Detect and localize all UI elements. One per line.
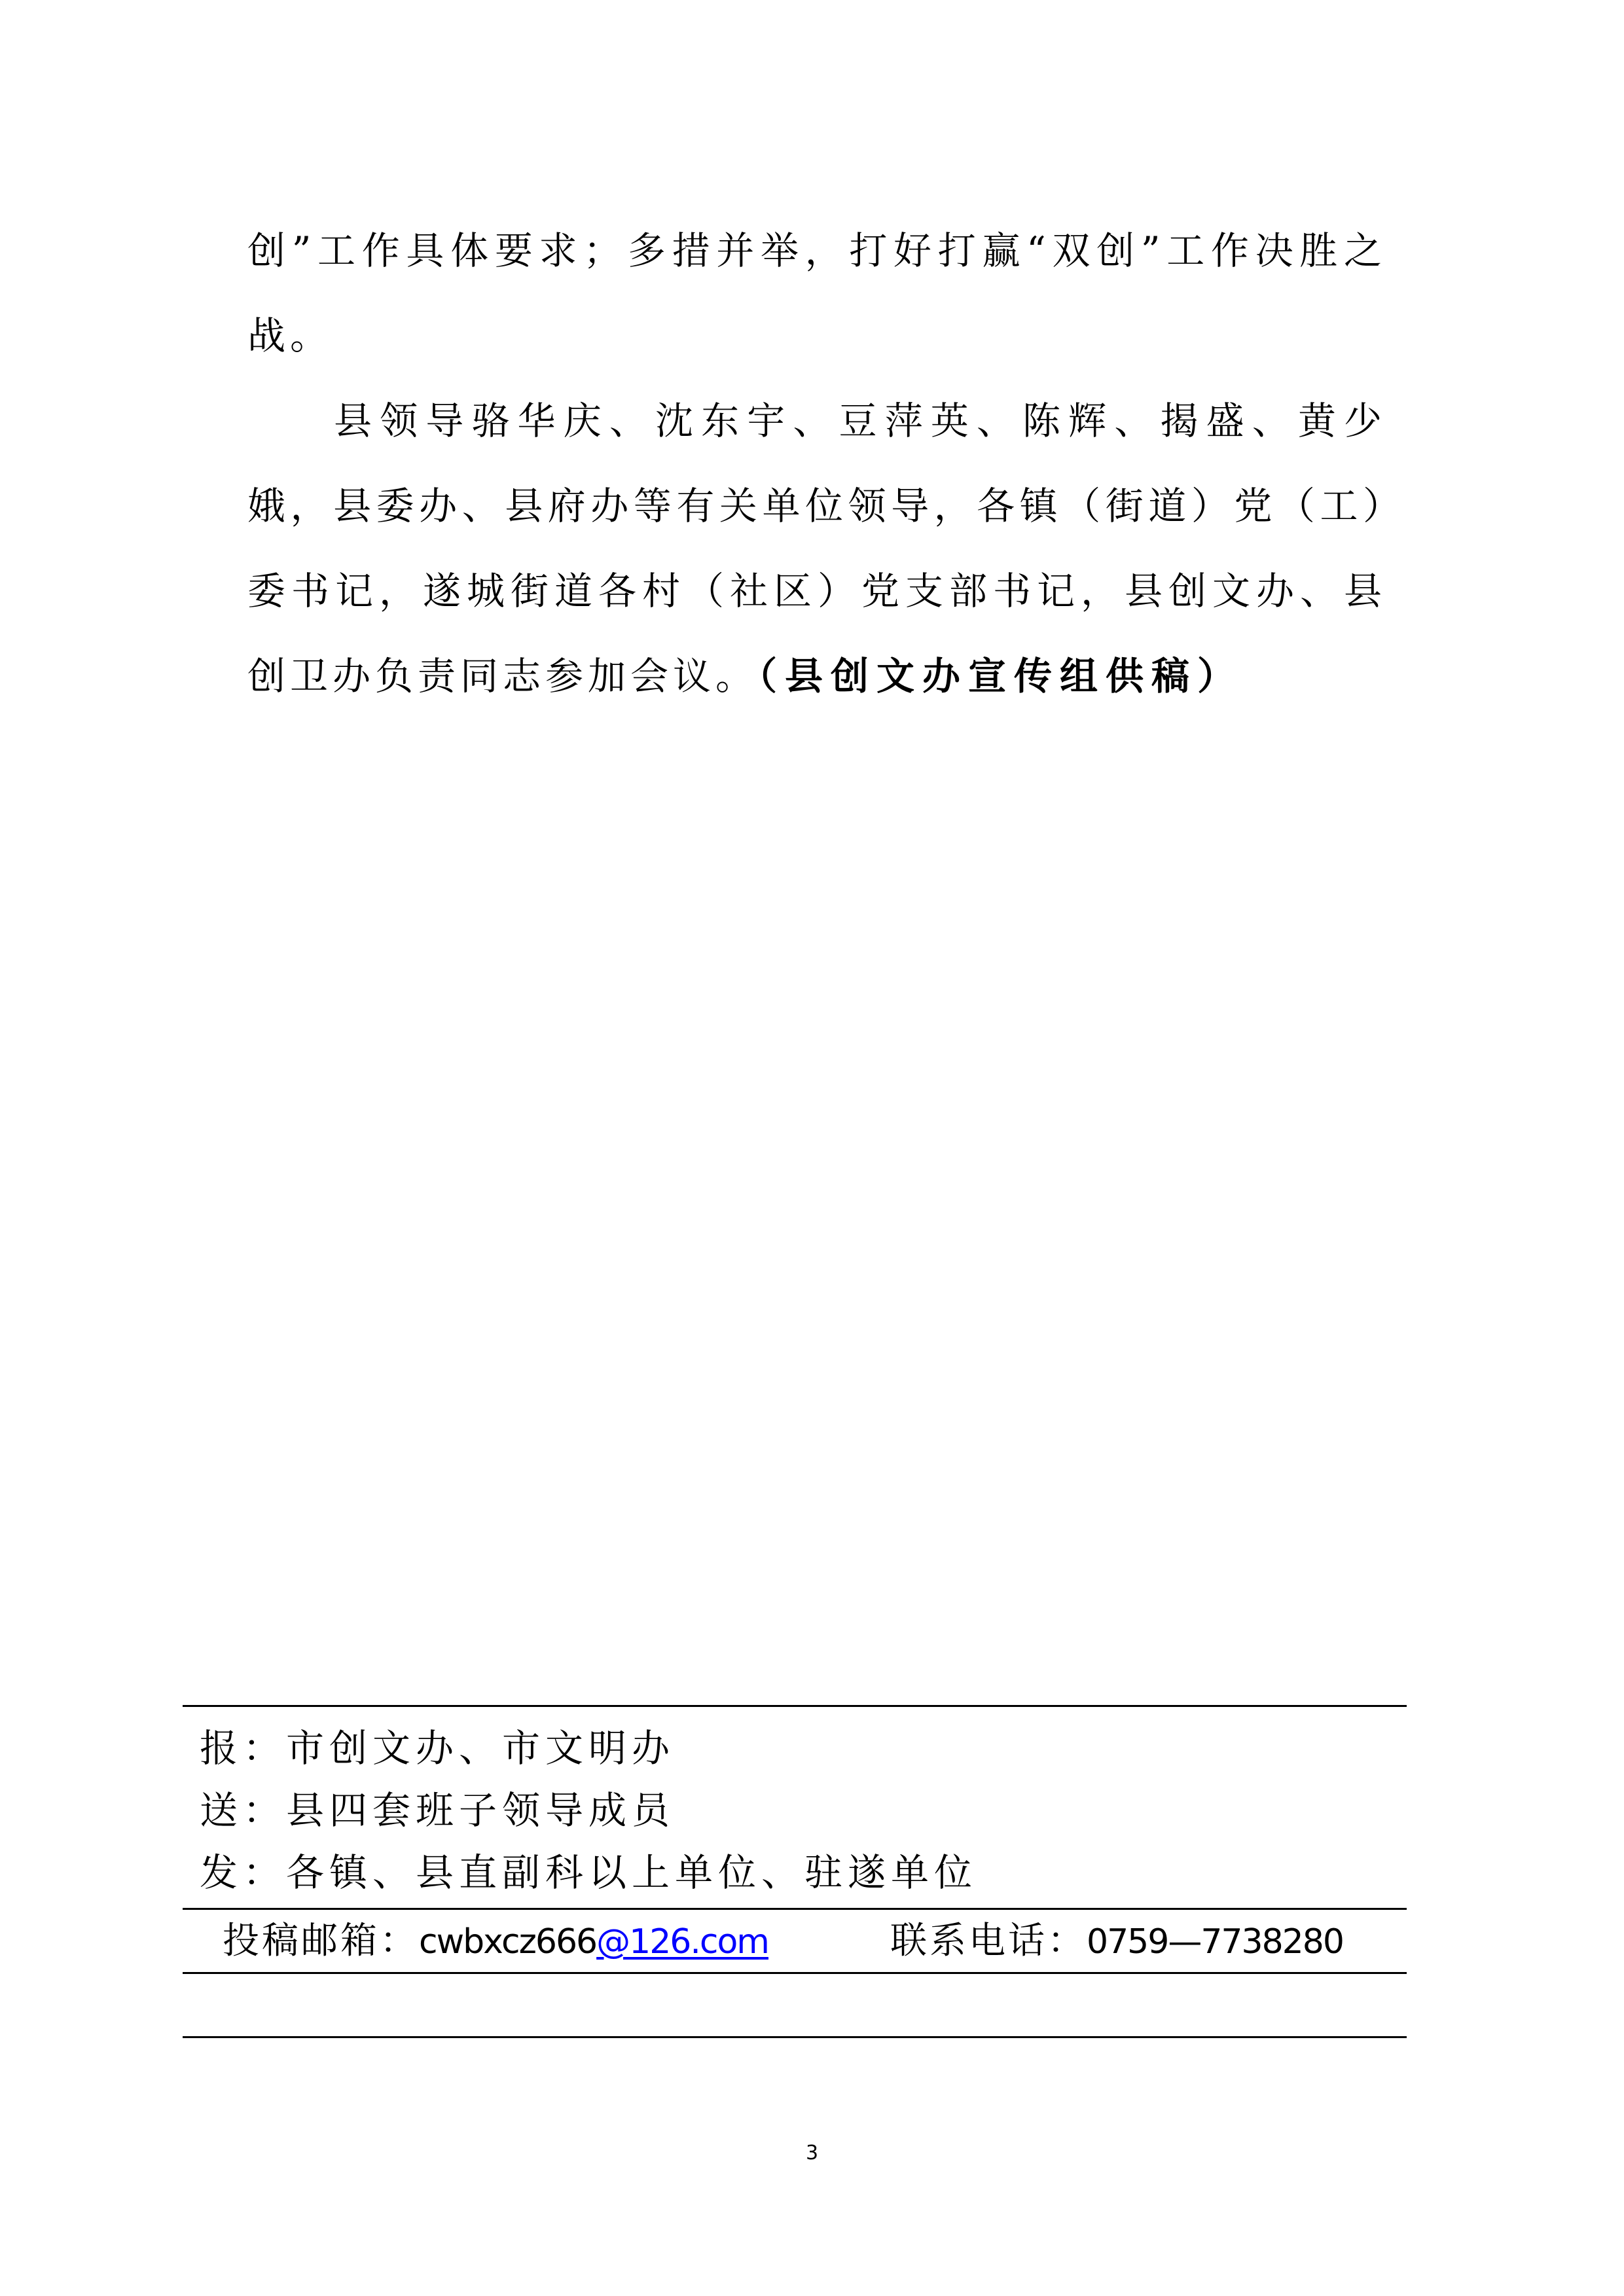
- distribution-value: 县四套班子领导成员: [286, 1788, 675, 1833]
- email-label: 投稿邮箱：: [223, 1920, 419, 1962]
- page-number: 3: [0, 2140, 1624, 2166]
- distribution-value: 市创文办、市文明办: [286, 1726, 675, 1770]
- distribution-value: 各镇、县直副科以上单位、驻遂单位: [286, 1850, 977, 1895]
- article-body: 创”工作具体要求；多措并举，打好打赢“双创”工作决胜之战。 县领导骆华庆、沈东宇…: [247, 208, 1386, 719]
- source-credit: （县创文办宣传组供稿）: [758, 654, 1243, 698]
- distribution-label: 报：: [200, 1726, 286, 1770]
- divider-top: [183, 1705, 1407, 1707]
- email-address[interactable]: cwbxcz666@126.com: [419, 1922, 768, 1962]
- phone-number: 0759—7738280: [1087, 1922, 1343, 1962]
- distribution-issue-to: 发：各镇、县直副科以上单位、驻遂单位: [200, 1850, 977, 1895]
- divider-bottom: [183, 2036, 1407, 2038]
- document-page: 创”工作具体要求；多措并举，打好打赢“双创”工作决胜之战。 县领导骆华庆、沈东宇…: [0, 0, 1624, 2296]
- contact-row: 投稿邮箱：cwbxcz666@126.com 联系电话：0759—7738280: [223, 1915, 768, 1967]
- divider-contact-top: [183, 1908, 1407, 1910]
- email-link[interactable]: @126.com: [596, 1922, 768, 1962]
- distribution-label: 发：: [200, 1850, 286, 1895]
- distribution-report-to: 报：市创文办、市文明办: [200, 1725, 675, 1771]
- distribution-label: 送：: [200, 1788, 286, 1833]
- paragraph-attendees: 县领导骆华庆、沈东宇、豆萍英、陈辉、揭盛、黄少娥，县委办、县府办等有关单位领导，…: [247, 378, 1386, 719]
- paragraph-text: 创”工作具体要求；多措并举，打好打赢“双创”工作决胜之战。: [247, 228, 1386, 358]
- email-user: cwbxcz666: [419, 1922, 596, 1962]
- paragraph-continuation: 创”工作具体要求；多措并举，打好打赢“双创”工作决胜之战。: [247, 208, 1386, 378]
- phone-group: 联系电话：0759—7738280: [890, 1915, 1343, 1968]
- distribution-send-to: 送：县四套班子领导成员: [200, 1787, 675, 1833]
- divider-contact-bottom: [183, 1972, 1407, 1974]
- phone-label: 联系电话：: [890, 1920, 1087, 1962]
